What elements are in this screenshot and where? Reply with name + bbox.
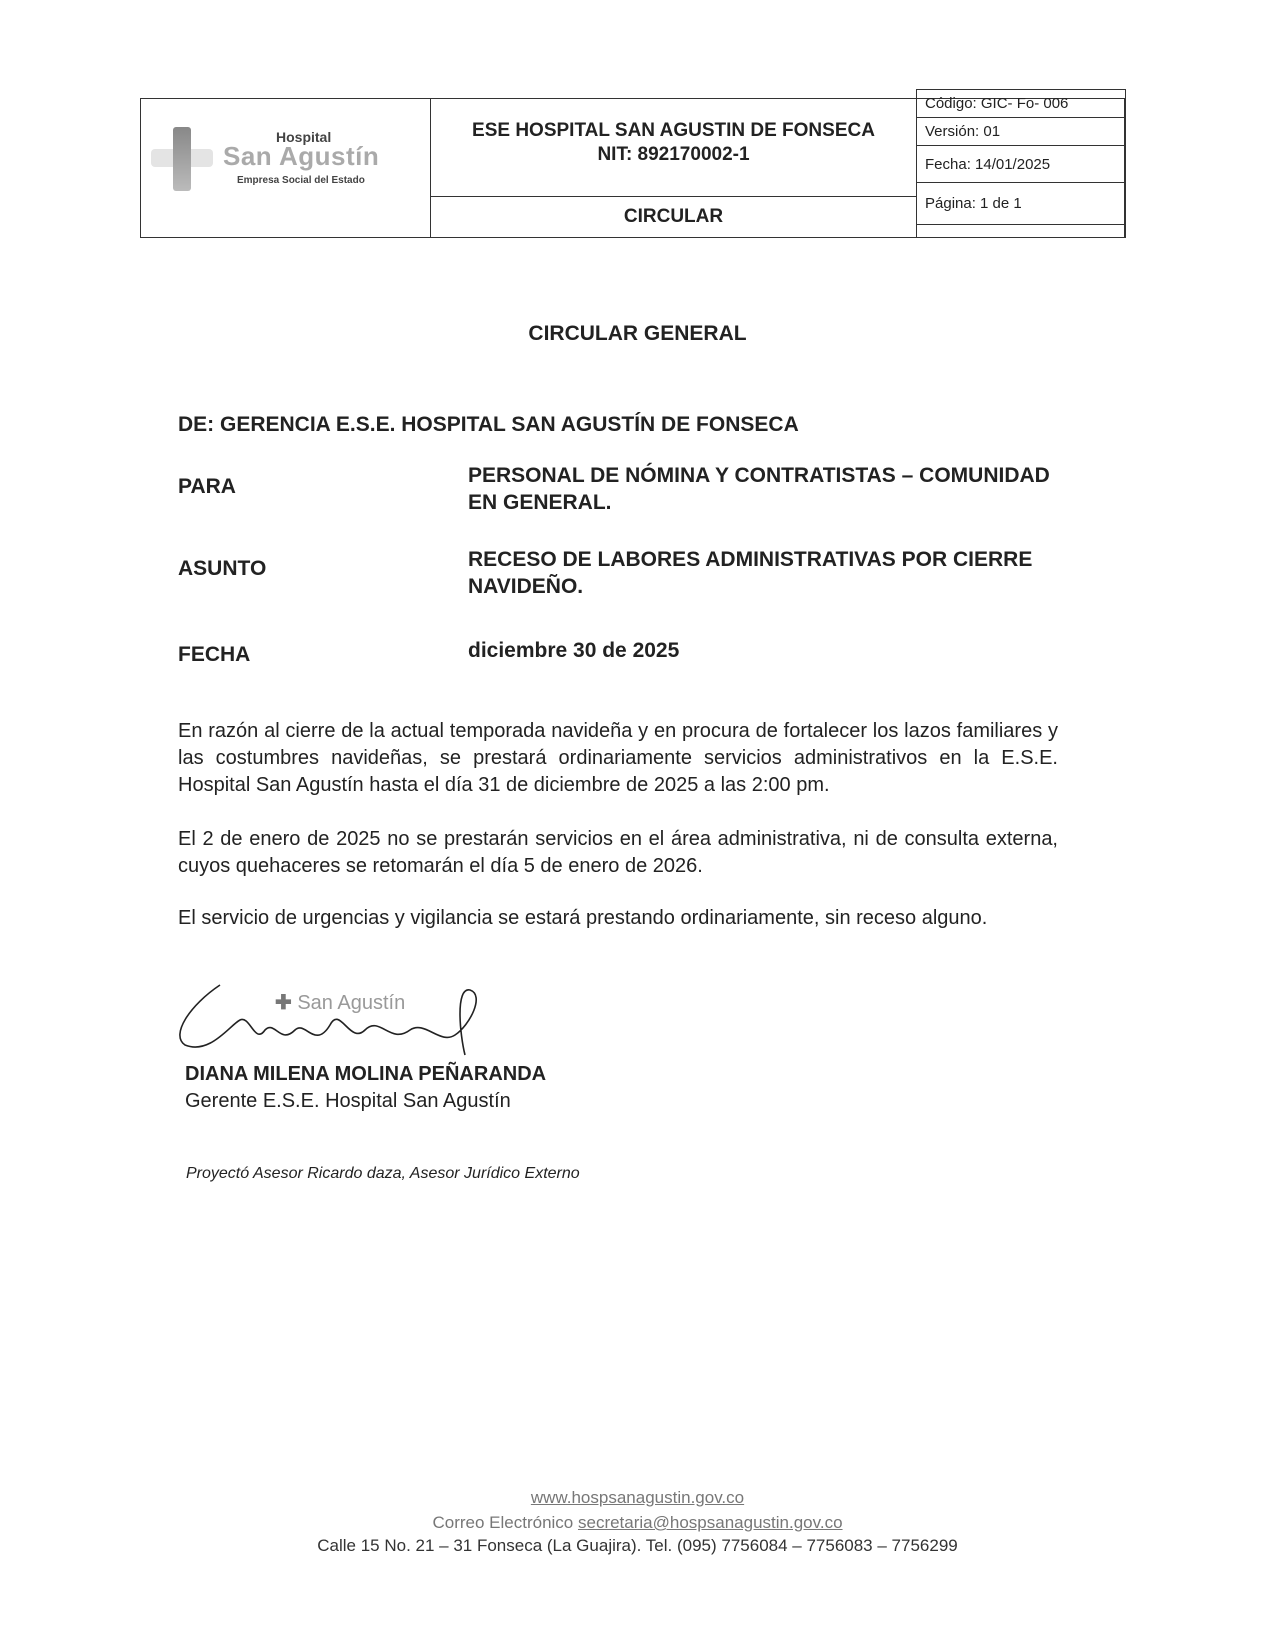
institution-cell: ESE HOSPITAL SAN AGUSTIN DE FONSECA NIT:… [431,99,916,197]
field-label-para: PARA [178,475,236,499]
from-line: DE: GERENCIA E.S.E. HOSPITAL SAN AGUSTÍN… [178,413,799,437]
institution-name: ESE HOSPITAL SAN AGUSTIN DE FONSECA [431,119,916,143]
email-label: Correo Electrónico [432,1513,573,1532]
doc-version: Versión: 01 [917,118,1125,146]
body-paragraph: El servicio de urgencias y vigilancia se… [178,905,1058,932]
document-header-table: Hospital San Agustín Empresa Social del … [140,98,1125,238]
footer-website: www.hospsanagustin.gov.co [0,1488,1275,1508]
field-value-asunto: RECESO DE LABORES ADMINISTRATIVAS POR CI… [468,546,1068,600]
logo-cell: Hospital San Agustín Empresa Social del … [141,99,431,237]
footer-address: Calle 15 No. 21 – 31 Fonseca (La Guajira… [0,1536,1275,1556]
email-link[interactable]: secretaria@hospsanagustin.gov.co [578,1513,843,1532]
signer-role: Gerente E.S.E. Hospital San Agustín [185,1090,511,1113]
doc-page: Página: 1 de 1 [917,183,1125,225]
footer-email-line: Correo Electrónico secretaria@hospsanagu… [0,1513,1275,1533]
signature-area: ✚ San Agustín [170,975,510,1065]
body-paragraph: En razón al cierre de la actual temporad… [178,718,1058,799]
field-value-para: PERSONAL DE NÓMINA Y CONTRATISTAS – COMU… [468,462,1068,516]
doc-type: CIRCULAR [431,197,916,237]
institution-nit: NIT: 892170002-1 [431,143,916,167]
website-link[interactable]: www.hospsanagustin.gov.co [531,1488,744,1507]
doc-code: Código: GIC- Fo- 006 [917,90,1125,118]
handwritten-signature [170,975,500,1060]
field-value-fecha: diciembre 30 de 2025 [468,637,1068,664]
signer-name: DIANA MILENA MOLINA PEÑARANDA [185,1063,546,1086]
logo-line-2: San Agustín [223,141,379,172]
doc-date: Fecha: 14/01/2025 [917,146,1125,183]
projected-by: Proyectó Asesor Ricardo daza, Asesor Jur… [186,1165,580,1183]
field-label-asunto: ASUNTO [178,557,266,581]
document-title: CIRCULAR GENERAL [0,322,1275,346]
body-paragraph: El 2 de enero de 2025 no se prestarán se… [178,826,1058,880]
doc-meta: Código: GIC- Fo- 006 Versión: 01 Fecha: … [916,89,1126,238]
field-label-fecha: FECHA [178,643,250,667]
logo-line-3: Empresa Social del Estado [237,175,365,186]
